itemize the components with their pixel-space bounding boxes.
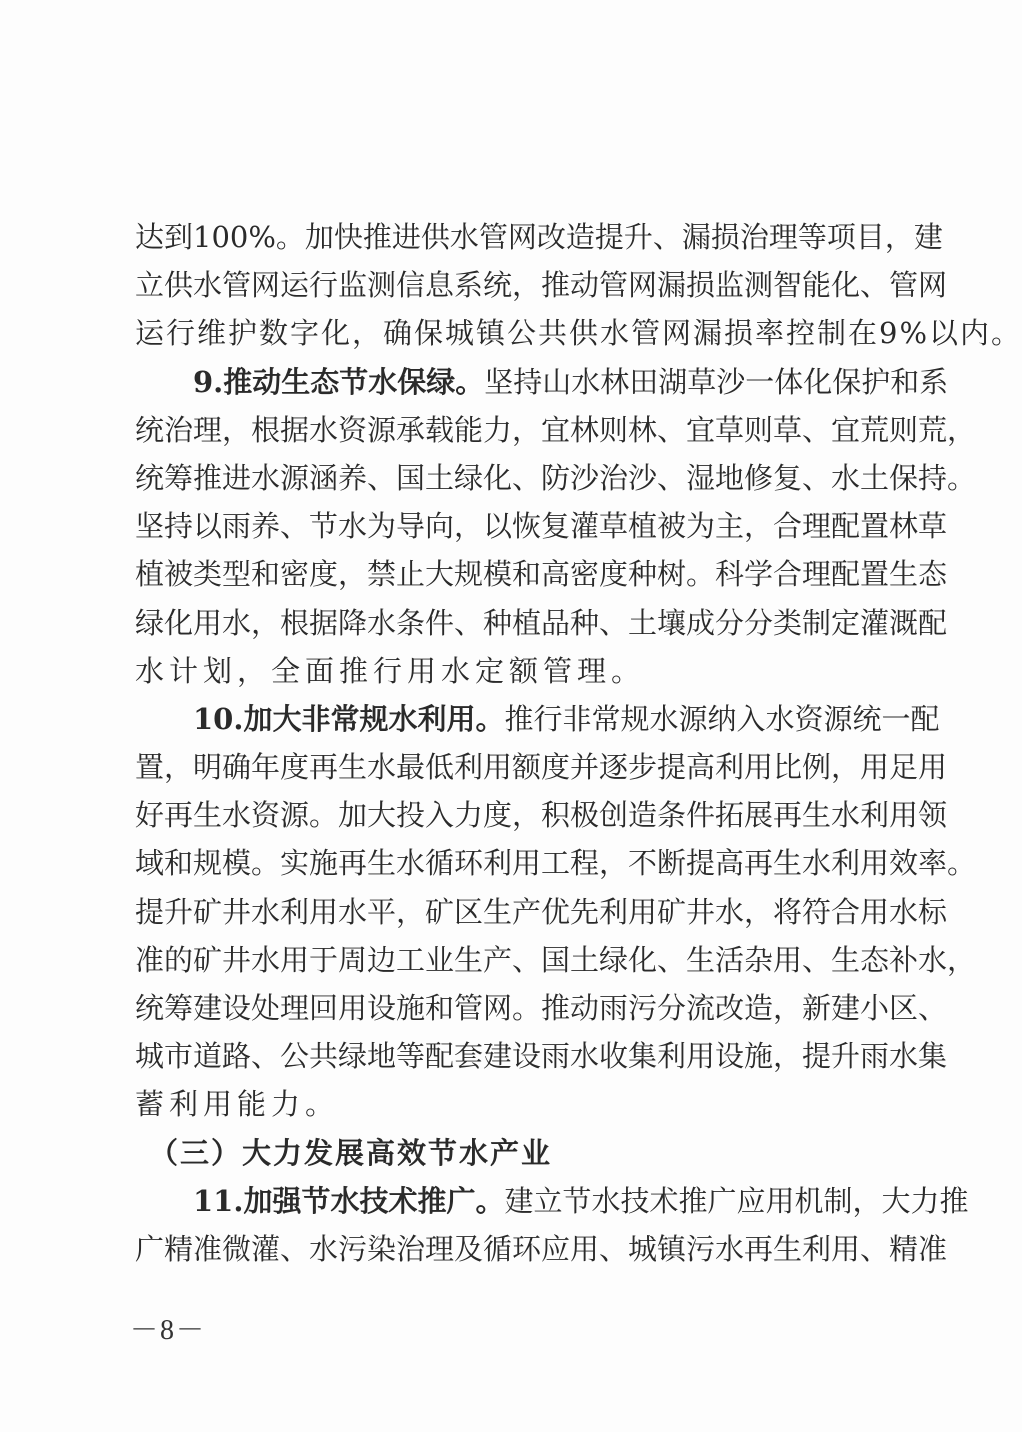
text-line: 达到100%。加快推进供水管网改造提升、漏损治理等项目，建 bbox=[135, 213, 875, 261]
paragraph-item-9: 9.推动生态节水保绿。坚持山水林田湖草沙一体化保护和系 统治理，根据水资源承载能… bbox=[135, 358, 875, 695]
paragraph-item-11: 11.加强节水技术推广。建立节水技术推广应用机制，大力推 广精准微灌、水污染治理… bbox=[135, 1177, 875, 1273]
item-text: 建立节水技术推广应用机制，大力推 bbox=[504, 1184, 968, 1218]
section-heading: （三）大力发展高效节水产业 bbox=[135, 1129, 875, 1177]
text-line: 绿化用水，根据降水条件、种植品种、土壤成分分类制定灌溉配 bbox=[135, 599, 875, 647]
text-line: 广精准微灌、水污染治理及循环应用、城镇污水再生利用、精准 bbox=[135, 1225, 875, 1273]
text-line: 立供水管网运行监测信息系统，推动管网漏损监测智能化、管网 bbox=[135, 261, 875, 309]
text-line: 好再生水资源。加大投入力度，积极创造条件拓展再生水利用领 bbox=[135, 791, 875, 839]
page-number: －8－ bbox=[130, 1308, 206, 1348]
text-line-first: 9.推动生态节水保绿。坚持山水林田湖草沙一体化保护和系 bbox=[135, 358, 875, 406]
text-line: 统筹建设处理回用设施和管网。推动雨污分流改造，新建小区、 bbox=[135, 984, 875, 1032]
paragraph-item-10: 10.加大非常规水利用。推行非常规水源纳入水资源统一配 置，明确年度再生水最低利… bbox=[135, 695, 875, 1129]
text-line: 运行维护数字化，确保城镇公共供水管网漏损率控制在9%以内。 bbox=[135, 309, 875, 357]
text-line: 城市道路、公共绿地等配套建设雨水收集利用设施，提升雨水集 bbox=[135, 1032, 875, 1080]
item-heading: 11.加强节水技术推广。 bbox=[193, 1184, 504, 1218]
item-text: 推行非常规水源纳入水资源统一配 bbox=[504, 702, 939, 736]
item-heading: 10.加大非常规水利用。 bbox=[193, 702, 504, 736]
text-line-first: 10.加大非常规水利用。推行非常规水源纳入水资源统一配 bbox=[135, 695, 875, 743]
document-page: 达到100%。加快推进供水管网改造提升、漏损治理等项目，建 立供水管网运行监测信… bbox=[135, 213, 875, 1273]
text-line: 统治理，根据水资源承载能力，宜林则林、宜草则草、宜荒则荒， bbox=[135, 406, 875, 454]
text-line: 蓄利用能力。 bbox=[135, 1080, 875, 1128]
text-line: 准的矿井水用于周边工业生产、国土绿化、生活杂用、生态补水， bbox=[135, 936, 875, 984]
text-line: 坚持以雨养、节水为导向，以恢复灌草植被为主，合理配置林草 bbox=[135, 502, 875, 550]
text-line: 置，明确年度再生水最低利用额度并逐步提高利用比例，用足用 bbox=[135, 743, 875, 791]
paragraph-continuation: 达到100%。加快推进供水管网改造提升、漏损治理等项目，建 立供水管网运行监测信… bbox=[135, 213, 875, 358]
text-line-first: 11.加强节水技术推广。建立节水技术推广应用机制，大力推 bbox=[135, 1177, 875, 1225]
text-line: 提升矿井水利用水平，矿区生产优先利用矿井水，将符合用水标 bbox=[135, 888, 875, 936]
text-line: 水计划，全面推行用水定额管理。 bbox=[135, 647, 875, 695]
item-text: 坚持山水林田湖草沙一体化保护和系 bbox=[484, 365, 948, 399]
text-line: 域和规模。实施再生水循环利用工程，不断提高再生水利用效率。 bbox=[135, 839, 875, 887]
text-line: 植被类型和密度，禁止大规模和高密度种树。科学合理配置生态 bbox=[135, 550, 875, 598]
text-line: 统筹推进水源涵养、国土绿化、防沙治沙、湿地修复、水土保持。 bbox=[135, 454, 875, 502]
item-heading: 9.推动生态节水保绿。 bbox=[193, 365, 484, 399]
